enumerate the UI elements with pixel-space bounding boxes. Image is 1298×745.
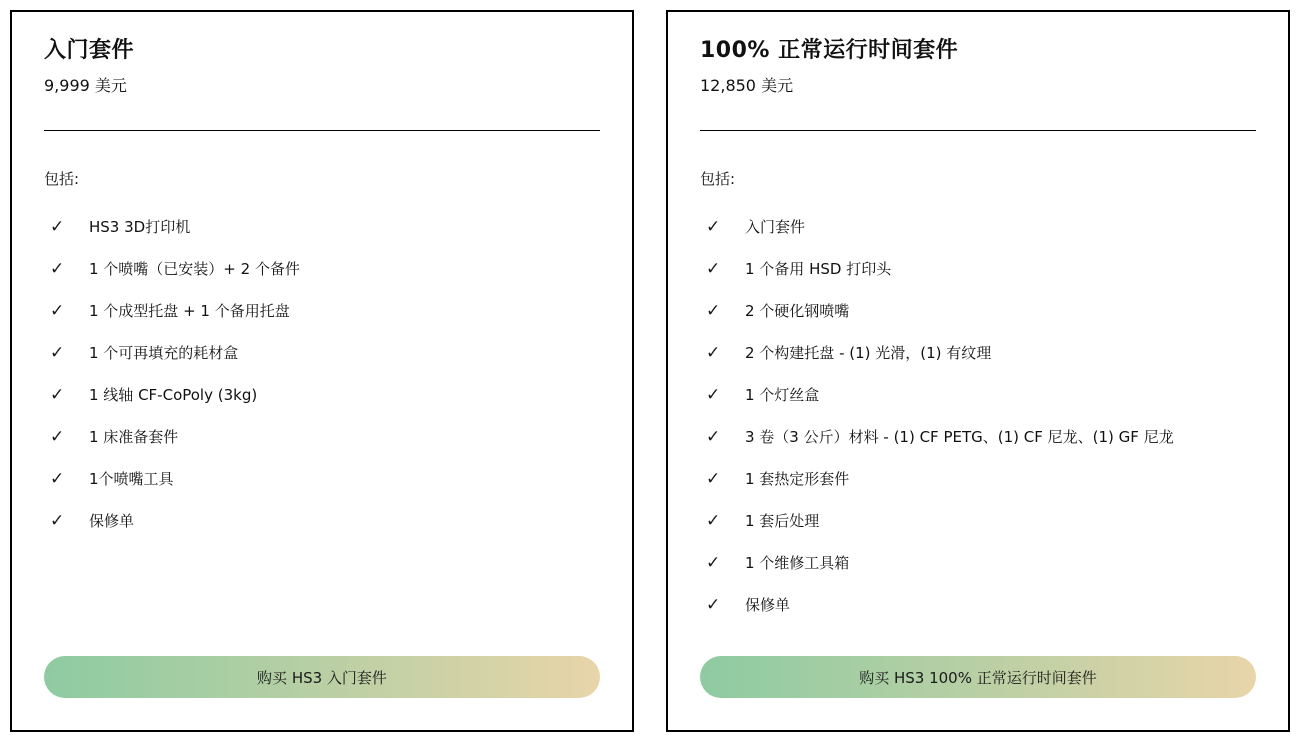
pricing-cards-row: 入门套件 9,999 美元 包括: ✓ HS3 3D打印机 ✓ 1 个喷嘴（已安… xyxy=(0,0,1298,745)
check-icon: ✓ xyxy=(706,385,723,406)
check-icon: ✓ xyxy=(706,553,723,574)
check-icon: ✓ xyxy=(706,511,723,532)
list-item: ✓ 1 床准备套件 xyxy=(44,427,600,448)
card-price: 12,850 美元 xyxy=(700,75,1256,96)
check-icon: ✓ xyxy=(706,595,723,616)
list-item-label: 1个喷嘴工具 xyxy=(89,469,174,490)
list-item: ✓ 1 线轴 CF-CoPoly (3kg) xyxy=(44,385,600,406)
check-icon: ✓ xyxy=(50,385,67,406)
pricing-card-starter: 入门套件 9,999 美元 包括: ✓ HS3 3D打印机 ✓ 1 个喷嘴（已安… xyxy=(10,10,634,732)
check-icon: ✓ xyxy=(50,511,67,532)
check-icon: ✓ xyxy=(706,427,723,448)
pricing-card-uptime: 100% 正常运行时间套件 12,850 美元 包括: ✓ 入门套件 ✓ 1 个… xyxy=(666,10,1290,732)
check-icon: ✓ xyxy=(706,343,723,364)
divider xyxy=(700,130,1256,131)
list-item: ✓ 1 个可再填充的耗材盒 xyxy=(44,343,600,364)
list-item-label: 保修单 xyxy=(89,511,134,532)
list-item-label: 1 套后处理 xyxy=(745,511,819,532)
check-icon: ✓ xyxy=(50,301,67,322)
list-item-label: 1 套热定形套件 xyxy=(745,469,849,490)
check-icon: ✓ xyxy=(50,469,67,490)
includes-label: 包括: xyxy=(44,169,600,189)
list-item-label: 2 个硬化钢喷嘴 xyxy=(745,301,849,322)
buy-starter-kit-button[interactable]: 购买 HS3 入门套件 xyxy=(44,656,600,698)
check-icon: ✓ xyxy=(50,343,67,364)
list-item-label: 1 线轴 CF-CoPoly (3kg) xyxy=(89,385,257,406)
card-title: 入门套件 xyxy=(44,36,600,65)
list-item-label: HS3 3D打印机 xyxy=(89,217,190,238)
list-item-label: 1 个成型托盘 + 1 个备用托盘 xyxy=(89,301,290,322)
check-icon: ✓ xyxy=(706,259,723,280)
list-item-label: 1 个可再填充的耗材盒 xyxy=(89,343,238,364)
check-icon: ✓ xyxy=(50,217,67,238)
list-item: ✓ 1 套后处理 xyxy=(700,511,1256,532)
check-icon: ✓ xyxy=(706,469,723,490)
list-item: ✓ 1 个喷嘴（已安装）+ 2 个备件 xyxy=(44,259,600,280)
check-icon: ✓ xyxy=(706,217,723,238)
buy-uptime-kit-button[interactable]: 购买 HS3 100% 正常运行时间套件 xyxy=(700,656,1256,698)
includes-list: ✓ HS3 3D打印机 ✓ 1 个喷嘴（已安装）+ 2 个备件 ✓ 1 个成型托… xyxy=(44,217,600,553)
card-title: 100% 正常运行时间套件 xyxy=(700,36,1256,65)
list-item-label: 1 个喷嘴（已安装）+ 2 个备件 xyxy=(89,259,300,280)
list-item: ✓ 1 个维修工具箱 xyxy=(700,553,1256,574)
list-item: ✓ 1 个备用 HSD 打印头 xyxy=(700,259,1256,280)
check-icon: ✓ xyxy=(50,259,67,280)
list-item: ✓ 2 个构建托盘 - (1) 光滑，(1) 有纹理 xyxy=(700,343,1256,364)
includes-label: 包括: xyxy=(700,169,1256,189)
list-item-label: 保修单 xyxy=(745,595,790,616)
list-item: ✓ 保修单 xyxy=(700,595,1256,616)
list-item-label: 1 个灯丝盒 xyxy=(745,385,819,406)
list-item: ✓ 3 卷（3 公斤）材料 - (1) CF PETG、(1) CF 尼龙、(1… xyxy=(700,427,1256,448)
list-item: ✓ HS3 3D打印机 xyxy=(44,217,600,238)
check-icon: ✓ xyxy=(50,427,67,448)
card-price: 9,999 美元 xyxy=(44,75,600,96)
list-item: ✓ 1 套热定形套件 xyxy=(700,469,1256,490)
list-item-label: 2 个构建托盘 - (1) 光滑，(1) 有纹理 xyxy=(745,343,991,364)
includes-list: ✓ 入门套件 ✓ 1 个备用 HSD 打印头 ✓ 2 个硬化钢喷嘴 ✓ 2 个构… xyxy=(700,217,1256,637)
list-item-label: 1 床准备套件 xyxy=(89,427,178,448)
divider xyxy=(44,130,600,131)
list-item-label: 入门套件 xyxy=(745,217,805,238)
list-item: ✓ 1 个成型托盘 + 1 个备用托盘 xyxy=(44,301,600,322)
list-item: ✓ 保修单 xyxy=(44,511,600,532)
list-item: ✓ 1 个灯丝盒 xyxy=(700,385,1256,406)
list-item: ✓ 入门套件 xyxy=(700,217,1256,238)
list-item: ✓ 2 个硬化钢喷嘴 xyxy=(700,301,1256,322)
list-item: ✓ 1个喷嘴工具 xyxy=(44,469,600,490)
check-icon: ✓ xyxy=(706,301,723,322)
list-item-label: 1 个备用 HSD 打印头 xyxy=(745,259,891,280)
list-item-label: 3 卷（3 公斤）材料 - (1) CF PETG、(1) CF 尼龙、(1) … xyxy=(745,427,1174,448)
list-item-label: 1 个维修工具箱 xyxy=(745,553,849,574)
